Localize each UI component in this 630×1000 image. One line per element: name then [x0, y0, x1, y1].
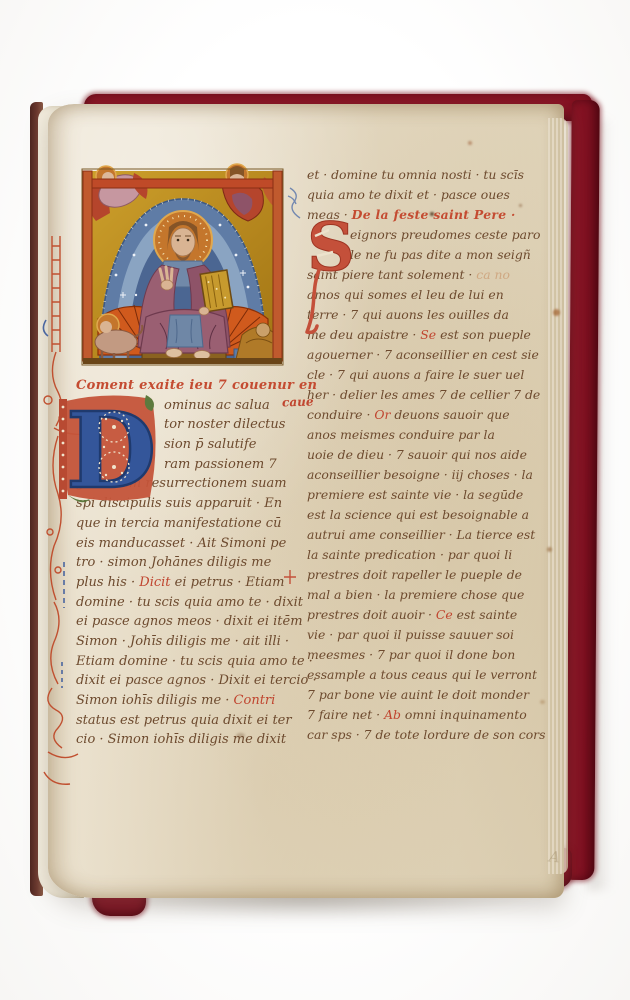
frame-bottom — [83, 358, 282, 364]
text-line: car sps · 7 de tote lordure de son cors — [307, 725, 515, 745]
text-segment: premiere est sainte vie · la segūde — [307, 487, 523, 502]
text-segment: Dicit — [139, 575, 170, 590]
text-line: meesmes · 7 par quoi il done bon — [307, 645, 515, 665]
foot-left — [166, 349, 182, 358]
page-edges — [548, 118, 568, 874]
stain — [519, 204, 522, 207]
legs — [167, 315, 203, 347]
text-line: anos meismes conduire par la — [307, 425, 515, 445]
text-segment: domine · tu scis quia amo te · dixit — [76, 595, 303, 610]
rubricated-initial-s: S — [303, 214, 355, 340]
text-line: est la science qui est besoignable a — [307, 505, 515, 525]
text-line: uoie de dieu · 7 sauoir qui nos aide — [307, 445, 515, 465]
text-line: aconseillier besoigne · iij choses · la — [307, 465, 515, 485]
text-segment: her · delier les ames 7 de cellier 7 de — [307, 387, 540, 402]
text-segment: cio · Simon iohīs diligis me dixit — [76, 732, 286, 747]
gutter-catchword: caue — [282, 394, 314, 409]
text-segment: deuons sauoir que — [390, 407, 509, 422]
text-line: quia amo te dixit et · pasce oues — [307, 185, 515, 205]
stain — [547, 547, 552, 552]
text-segment: quia amo te dixit et · pasce oues — [307, 187, 510, 202]
text-line: status est petrus quia dixit ei ter — [76, 711, 304, 731]
rust-stain — [553, 309, 560, 316]
text-segment: Simon · Johīs diligis me · ait illi · — [76, 634, 289, 649]
text-segment: ca no — [476, 267, 510, 282]
text-segment: 7 faire net · — [307, 707, 384, 722]
text-segment: Ce — [436, 607, 453, 622]
text-segment: Or — [374, 407, 390, 422]
penwork-flourish — [34, 232, 86, 812]
text-segment: tor noster dilectus — [164, 417, 285, 432]
text-segment: Etiam domine · tu scis quia amo te · — [76, 654, 313, 669]
text-segment: ram passionem 7 — [164, 457, 277, 472]
text-segment: cle · 7 qui auons a faire le suer uel — [307, 367, 524, 382]
text-segment: mal a bien · la premiere chose que — [307, 587, 524, 602]
text-line: plus his · Dicit ei petrus · Etiam — [76, 573, 304, 593]
frame-top — [90, 179, 276, 188]
text-line: agouerner · 7 aconseillier en cest sie — [307, 345, 515, 365]
text-segment: agouerner · 7 aconseillier en cest sie — [307, 347, 539, 362]
frame-right — [273, 171, 282, 361]
text-segment: Simon iohīs diligis me · — [76, 693, 234, 708]
text-segment: 7 par bone vie auint le doit monder — [307, 687, 529, 702]
text-segment: le ne fu pas dite a mon seigñ — [350, 247, 531, 262]
text-segment: Ab — [384, 707, 401, 722]
text-segment: uoie de dieu · 7 sauoir qui nos aide — [307, 447, 527, 462]
initial-letter-d: D — [66, 391, 156, 505]
text-segment: ei pasce agnos meos · dixit ei itēm — [76, 614, 303, 629]
text-line: la sainte predication · par quoi li — [307, 545, 515, 565]
text-line: eis manducasset · Ait Simoni pe — [76, 534, 304, 554]
text-line: essample a tous ceaus qui le verront — [307, 665, 515, 685]
text-line: cle · 7 qui auons a faire le suer uel — [307, 365, 515, 385]
text-segment: prestres doit rapeller le pueple de — [307, 567, 522, 582]
text-segment: essample a tous ceaus qui le verront — [307, 667, 537, 682]
text-segment: car sps · 7 de tote lordure de son cors — [307, 727, 545, 742]
text-segment: dixit ei pasce agnos · Dixit ei tercio · — [76, 673, 317, 688]
text-line: Etiam domine · tu scis quia amo te · — [76, 652, 304, 672]
gospel-book — [200, 270, 233, 312]
text-line: autrui ame conseillier · La tierce est — [307, 525, 515, 545]
text-segment: omni inquinamento — [401, 707, 527, 722]
text-segment: est la science qui est besoignable a — [307, 507, 529, 522]
text-segment: est sainte — [453, 607, 518, 622]
text-segment: Contri — [234, 693, 276, 708]
text-line: et · domine tu omnia nosti · tu scīs — [307, 165, 515, 185]
initial-letter-s: S — [307, 214, 355, 286]
text-segment: meesmes · 7 par quoi il done bon — [307, 647, 515, 662]
text-line: 7 faire net · Ab omni inquinamento — [307, 705, 515, 725]
text-segment: anos meismes conduire par la — [307, 427, 495, 442]
gutter-penwork-mark — [284, 186, 306, 220]
text-line: prestres doit rapeller le pueple de — [307, 565, 515, 585]
text-segment: prestres doit auoir · — [307, 607, 436, 622]
text-segment: ei petrus · Etiam — [171, 575, 285, 590]
text-segment: eignors preudomes ceste paro — [350, 227, 540, 242]
text-line: her · delier les ames 7 de cellier 7 de — [307, 385, 515, 405]
text-line: Simon · Johīs diligis me · ait illi · — [76, 632, 304, 652]
text-segment: autrui ame conseillier · La tierce est — [307, 527, 535, 542]
text-segment: aconseillier besoigne · iij choses · la — [307, 467, 533, 482]
text-segment: status est petrus quia dixit ei ter — [76, 713, 292, 728]
text-segment: et · domine tu omnia nosti · tu scīs — [307, 167, 524, 182]
corner-letter-mark: A — [548, 847, 561, 866]
text-segment: vie · par quoi il puisse sauuer soi — [307, 627, 514, 642]
text-segment: De la feste saint Pere · — [352, 207, 516, 222]
text-segment: la sainte predication · par quoi li — [307, 547, 512, 562]
text-segment: tro · simon Johānes diligis me — [76, 555, 271, 570]
text-line: cio · Simon iohīs diligis me dixit — [76, 730, 304, 750]
text-line: que in tercia manifestatione cū — [76, 514, 304, 534]
margin-cross-mark — [282, 568, 298, 586]
text-segment: que in tercia manifestatione cū — [76, 516, 281, 531]
left-hand — [199, 307, 209, 315]
text-segment: eis manducasset · Ait Simoni pe — [76, 536, 286, 551]
text-line: domine · tu scis quia amo te · dixit — [76, 593, 304, 613]
text-line: 7 par bone vie auint le doit monder — [307, 685, 515, 705]
photograph-backdrop: D S Coment exaite ieu 7 couenur enominus… — [0, 0, 630, 1000]
text-line: conduire · Or deuons sauoir que — [307, 405, 515, 425]
stain — [468, 141, 472, 145]
text-segment: conduire · — [307, 407, 374, 422]
text-line: ei pasce agnos meos · dixit ei itēm — [76, 612, 304, 632]
text-line: dixit ei pasce agnos · Dixit ei tercio · — [76, 671, 304, 691]
stain — [540, 700, 545, 704]
text-segment: sion p̄ salutife — [164, 437, 256, 452]
illuminated-initial-d: D — [58, 391, 160, 505]
text-segment: ominus ac salua — [164, 398, 270, 413]
text-line: vie · par quoi il puisse sauuer soi — [307, 625, 515, 645]
text-line: tro · simon Johānes diligis me — [76, 553, 304, 573]
text-line: premiere est sainte vie · la segūde — [307, 485, 515, 505]
text-line: mal a bien · la premiere chose que — [307, 585, 515, 605]
miniature-christ-in-majesty — [76, 155, 290, 369]
text-line: Simon iohīs diligis me · Contri — [76, 691, 304, 711]
velvet-binding-right — [566, 100, 599, 880]
text-segment: Se — [420, 327, 436, 342]
text-segment: est son pueple — [436, 327, 531, 342]
text-line: prestres doit auoir · Ce est sainte — [307, 605, 515, 625]
face — [171, 228, 195, 256]
